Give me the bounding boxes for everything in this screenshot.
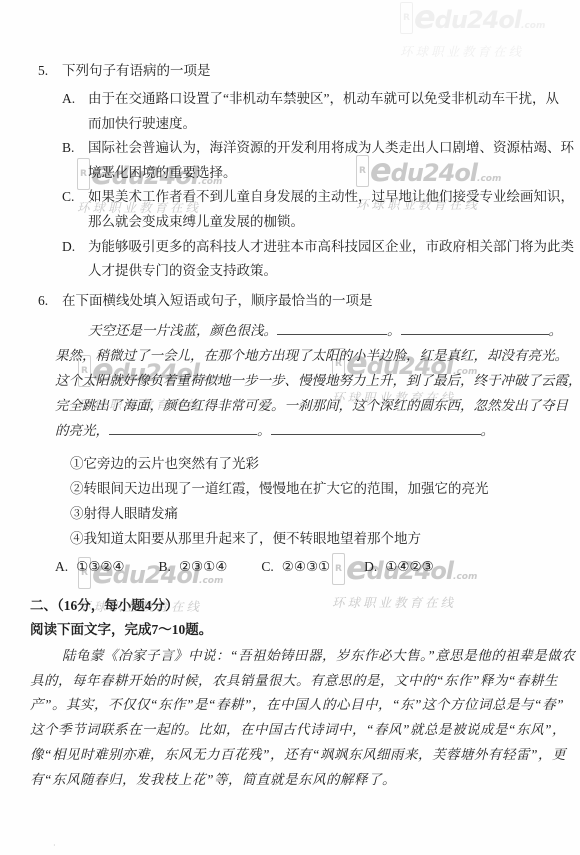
q6-choice-a: A. ①③②④ bbox=[55, 555, 125, 579]
question-number: 6. bbox=[38, 290, 62, 312]
choice-value: ②④③① bbox=[282, 555, 330, 579]
passage-text: 天空还是一片浅蓝，颜色很浅。 bbox=[88, 323, 277, 338]
numbered-item: ④我知道太阳要从那里升起来了，便不转眼地望着那个地方 bbox=[70, 526, 580, 551]
passage-line: 完全跳出了海面，颜色红得非常可爱。一刹那间，这个深红的圆东西，忽然发出了夺目 bbox=[55, 393, 580, 418]
choice-label: C. bbox=[261, 555, 273, 579]
q6-numbered-items: ①它旁边的云片也突然有了光彩 ②转眼间天边出现了一道红霞，慢慢地在扩大它的范围，… bbox=[70, 451, 580, 551]
q6-choice-d: D. ①④②③ bbox=[364, 555, 434, 579]
option-text: 为能够吸引更多的高科技人才进驻本市高科技园区企业，市政府相关部门将为此类 人才提… bbox=[88, 235, 580, 284]
q6-answer-choices: A. ①③②④ B. ②③①④ C. ②④③① D. ①④②③ bbox=[55, 555, 580, 579]
question-6-stem: 6. 在下面横线处填入短语或句子，顺序最恰当的一项是 bbox=[38, 290, 580, 312]
q5-option-c: C. 如果美术工作者看不到儿童自身发展的主动性，过早地让他们接受专业绘画知识， … bbox=[62, 185, 580, 234]
choice-value: ②③①④ bbox=[179, 555, 227, 579]
option-label: C. bbox=[62, 185, 88, 234]
numbered-item: ①它旁边的云片也突然有了光彩 bbox=[70, 451, 580, 476]
passage-text: 的亮光， bbox=[55, 423, 109, 438]
option-line: 境恶化困境的重要选择。 bbox=[88, 161, 580, 186]
q5-option-a: A. 由于在交通路口设置了“非机动车禁驶区”，机动车就可以免受非机动车干扰，从 … bbox=[62, 87, 580, 136]
passage-line: 这个季节词联系在一起的。比如，在中国古代诗词中，“春风”就总是被说成是“东风”， bbox=[30, 718, 580, 743]
fill-in-blank bbox=[109, 421, 257, 435]
q5-option-d: D. 为能够吸引更多的高科技人才进驻本市高科技园区企业，市政府相关部门将为此类 … bbox=[62, 235, 580, 284]
passage-line-with-blanks: 的亮光，。。 bbox=[55, 418, 580, 443]
punctuation: 。 bbox=[257, 423, 271, 438]
q6-passage: 天空还是一片浅蓝，颜色很浅。。。 果然，稍微过了一会儿，在那个地方出现了太阳的小… bbox=[55, 318, 580, 443]
fill-in-blank bbox=[401, 321, 549, 335]
section-instruction: 阅读下面文字，完成7～10题。 bbox=[30, 618, 580, 642]
punctuation: 。 bbox=[481, 423, 495, 438]
option-label: A. bbox=[62, 87, 88, 136]
choice-label: A. bbox=[55, 555, 68, 579]
option-line: 由于在交通路口设置了“非机动车禁驶区”，机动车就可以免受非机动车干扰，从 bbox=[88, 87, 580, 112]
punctuation: 。 bbox=[549, 323, 563, 338]
question-stem-text: 下列句子有语病的一项是 bbox=[62, 60, 211, 82]
option-line: 那么就会变成束缚儿童发展的枷锁。 bbox=[88, 210, 580, 235]
exam-page: Redu24ol.com 环球职业教育在线 Redu24ol.com 环球职业教… bbox=[0, 0, 580, 855]
option-text: 国际社会普遍认为，海洋资源的开发利用将成为人类走出人口剧增、资源枯竭、环 境恶化… bbox=[88, 136, 580, 185]
choice-label: B. bbox=[159, 555, 171, 579]
option-line: 人才提供专门的资金支持政策。 bbox=[88, 259, 580, 284]
option-line: 而加快行驶速度。 bbox=[88, 112, 580, 137]
question-5-stem: 5. 下列句子有语病的一项是 bbox=[38, 60, 580, 82]
option-label: B. bbox=[62, 136, 88, 185]
option-label: D. bbox=[62, 235, 88, 284]
numbered-item: ②转眼间天边出现了一道红霞，慢慢地在扩大它的范围，加强它的亮光 bbox=[70, 476, 580, 501]
passage-line: 产”。其实，不仅仅“东作”是“春耕”，在中国人的心目中，“东”这个方位词总是与“… bbox=[30, 693, 580, 718]
option-text: 如果美术工作者看不到儿童自身发展的主动性，过早地让他们接受专业绘画知识， 那么就… bbox=[88, 185, 580, 234]
q6-choice-c: C. ②④③① bbox=[261, 555, 330, 579]
q5-option-b: B. 国际社会普遍认为，海洋资源的开发利用将成为人类走出人口剧增、资源枯竭、环 … bbox=[62, 136, 580, 185]
passage-line: 具的，每年春耕开始的时候，农具销量很大。有意思的是，文中的“东作”释为“春耕生 bbox=[30, 669, 580, 694]
choice-label: D. bbox=[364, 555, 377, 579]
fill-in-blank bbox=[271, 421, 481, 435]
section-heading: 二、（16分，每小题4分） bbox=[30, 594, 580, 618]
exam-content: 5. 下列句子有语病的一项是 A. 由于在交通路口设置了“非机动车禁驶区”，机动… bbox=[0, 0, 580, 793]
question-6: 6. 在下面横线处填入短语或句子，顺序最恰当的一项是 天空还是一片浅蓝，颜色很浅… bbox=[38, 290, 580, 579]
option-line: 如果美术工作者看不到儿童自身发展的主动性，过早地让他们接受专业绘画知识， bbox=[88, 185, 580, 210]
passage-line: 这个太阳就好像负着重荷似地一步一步、慢慢地努力上升，到了最后，终于冲破了云霞， bbox=[55, 368, 580, 393]
passage-line: 陆龟蒙《冶家子言》中说：“吾祖始铸田器，岁东作必大售。”意思是他的祖辈是做农 bbox=[30, 644, 580, 669]
question-5: 5. 下列句子有语病的一项是 A. 由于在交通路口设置了“非机动车禁驶区”，机动… bbox=[38, 60, 580, 284]
question-stem-text: 在下面横线处填入短语或句子，顺序最恰当的一项是 bbox=[62, 290, 373, 312]
option-line: 国际社会普遍认为，海洋资源的开发利用将成为人类走出人口剧增、资源枯竭、环 bbox=[88, 136, 580, 161]
question-number: 5. bbox=[38, 60, 62, 82]
passage-line: 有“东风随春归，发我枝上花”等，简直就是东风的解释了。 bbox=[30, 768, 580, 793]
scan-artifact: · bbox=[53, 841, 58, 849]
section-two: 二、（16分，每小题4分） 阅读下面文字，完成7～10题。 陆龟蒙《冶家子言》中… bbox=[30, 594, 580, 793]
fill-in-blank bbox=[277, 321, 387, 335]
reading-passage: 陆龟蒙《冶家子言》中说：“吾祖始铸田器，岁东作必大售。”意思是他的祖辈是做农 具… bbox=[30, 644, 580, 793]
q6-choice-b: B. ②③①④ bbox=[159, 555, 228, 579]
option-text: 由于在交通路口设置了“非机动车禁驶区”，机动车就可以免受非机动车干扰，从 而加快… bbox=[88, 87, 580, 136]
passage-line: 像“相见时难别亦难，东风无力百花残”，还有“飒飒东风细雨来，芙蓉塘外有轻雷”，更 bbox=[30, 743, 580, 768]
choice-value: ①③②④ bbox=[76, 555, 124, 579]
question-5-options: A. 由于在交通路口设置了“非机动车禁驶区”，机动车就可以免受非机动车干扰，从 … bbox=[62, 87, 580, 284]
numbered-item: ③射得人眼睛发痛 bbox=[70, 501, 580, 526]
punctuation: 。 bbox=[387, 323, 401, 338]
passage-line: 果然，稍微过了一会儿，在那个地方出现了太阳的小半边脸，红是真红，却没有亮光。 bbox=[55, 343, 580, 368]
option-line: 为能够吸引更多的高科技人才进驻本市高科技园区企业，市政府相关部门将为此类 bbox=[88, 235, 580, 260]
choice-value: ①④②③ bbox=[385, 555, 433, 579]
passage-line-with-blanks: 天空还是一片浅蓝，颜色很浅。。。 bbox=[55, 318, 580, 343]
